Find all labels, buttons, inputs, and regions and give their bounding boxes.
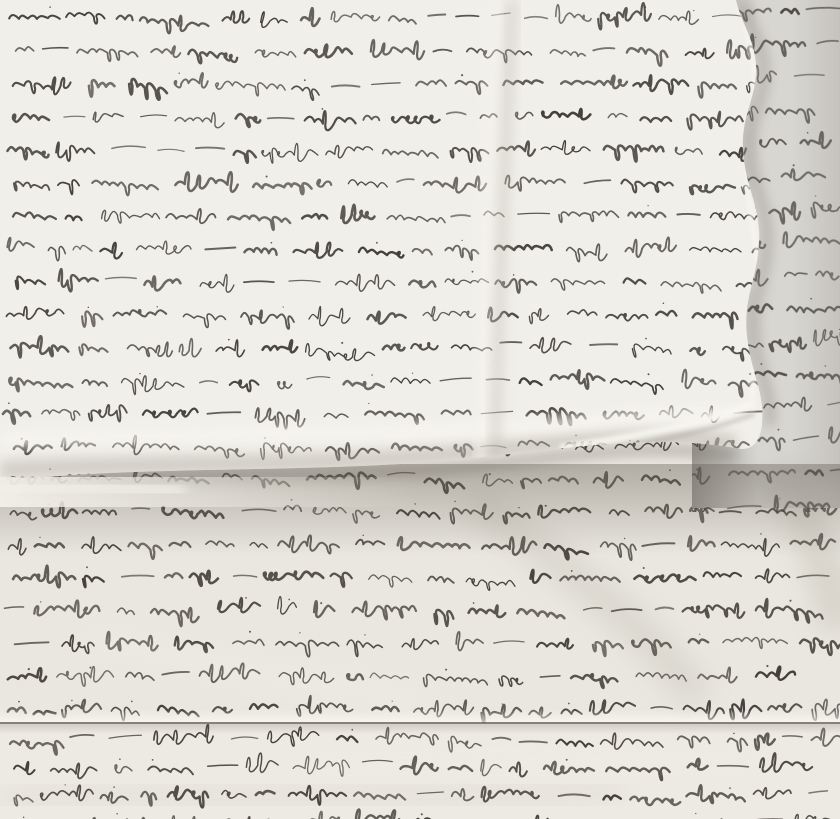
sheet-hem [0,710,840,734]
folded-sheet [0,724,840,819]
hem-fold-highlight [0,710,840,722]
pillowcase [0,0,792,492]
sheet-blank-hem-band [0,477,420,507]
hem-stitch-line [0,722,840,724]
bedding-photo-canvas [0,0,840,819]
backdrop-right-shade [792,0,840,508]
folded-sheet-shade [0,790,620,800]
hem-under-shadow [0,724,840,734]
bedding-photo [0,0,840,819]
